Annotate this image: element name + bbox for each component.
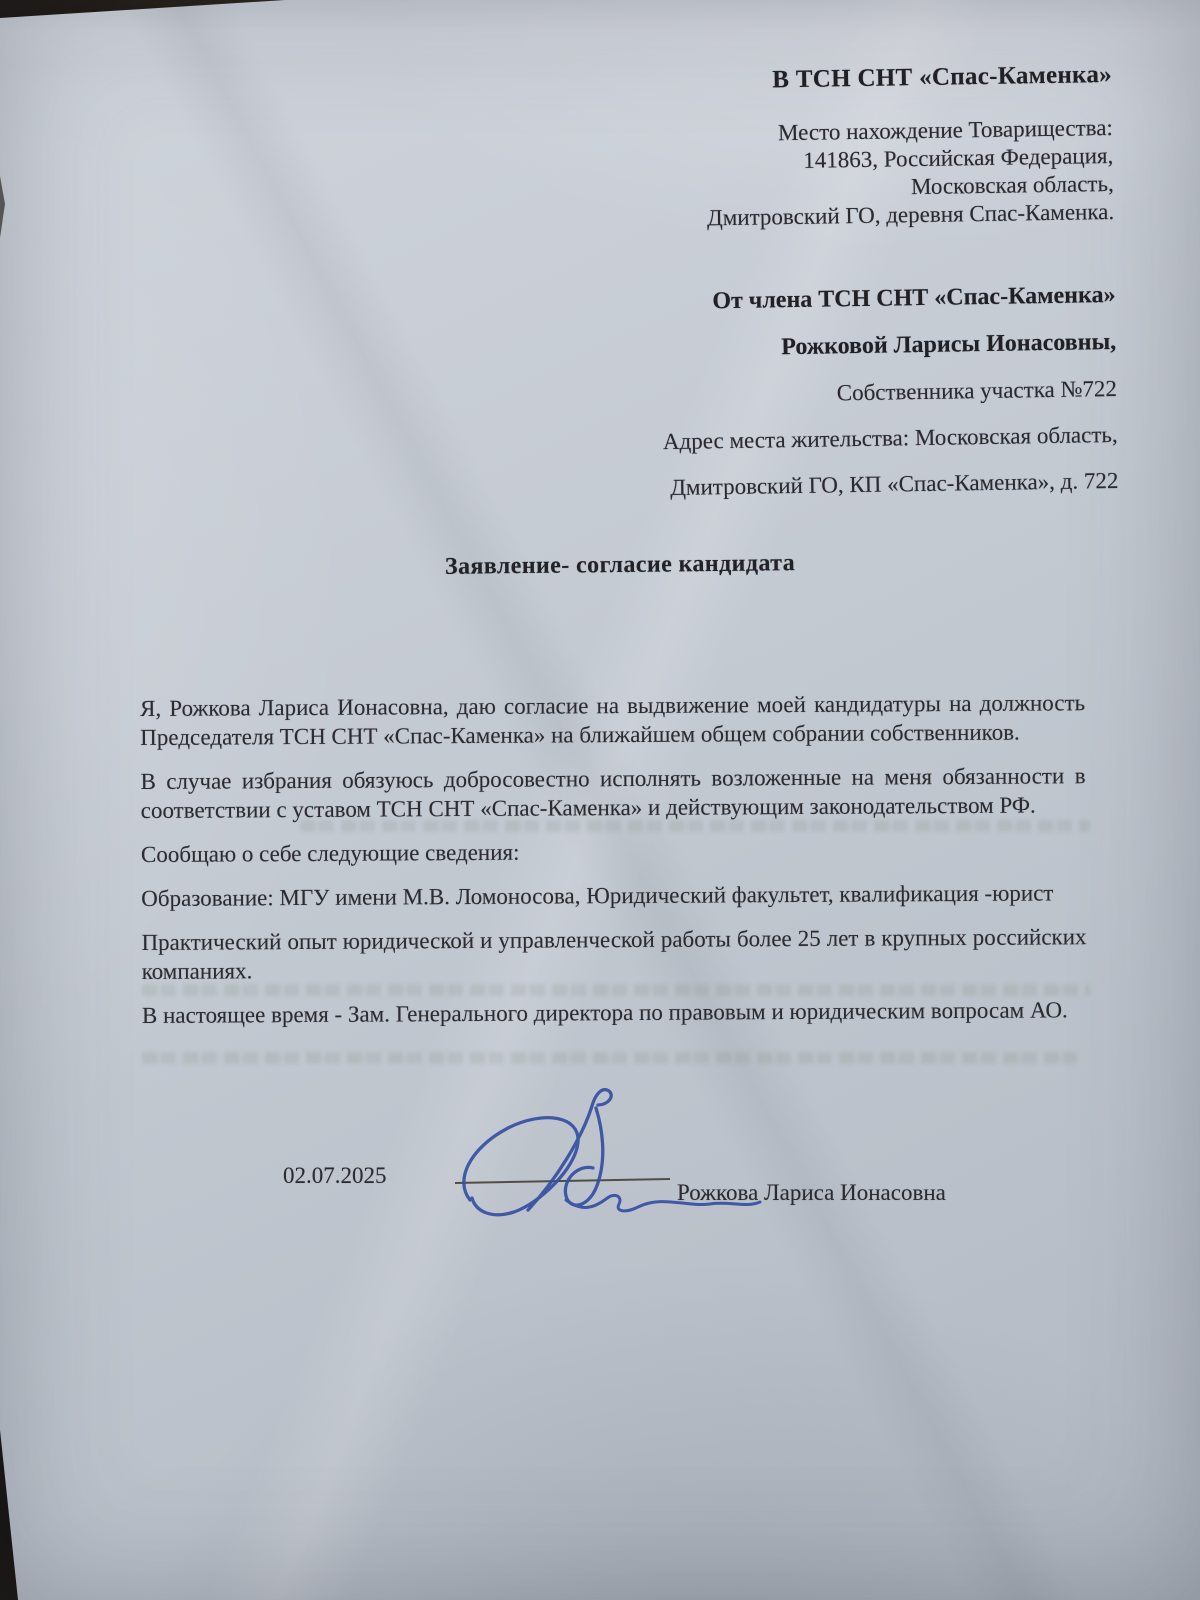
recipient-block: В ТСН СНТ «Спас-Каменка» Место нахождени…	[657, 60, 1119, 511]
sender-address-line: Дмитровский ГО, КП «Спас-Каменка», д. 72…	[664, 458, 1119, 511]
body-paragraph-education: Образование: МГУ имени М.В. Ломоносова, …	[141, 878, 1086, 913]
signature-ascender-hook	[528, 1090, 611, 1210]
sender-plot-line: Собственника участка №722	[662, 366, 1117, 419]
signature-ink	[430, 1080, 870, 1230]
sender-name-line: Рожковой Ларисы Ионасовны,	[661, 319, 1116, 373]
body-paragraph-obligation: В случае избрания обязуюсь добросовестно…	[140, 761, 1085, 825]
sender-address-line: Адрес места жительства: Московская облас…	[663, 412, 1118, 465]
body-paragraph-experience: Практический опыт юридической и управлен…	[141, 922, 1086, 986]
sender-member-line: От члена ТСН СНТ «Спас-Каменка»	[661, 272, 1116, 326]
header-spacer	[660, 226, 1115, 279]
signature-date: 02.07.2025	[283, 1163, 387, 1189]
photo-of-document: В ТСН СНТ «Спас-Каменка» Место нахождени…	[0, 0, 1200, 1600]
document-body: Я, Рожкова Лариса Ионасовна, даю согласи…	[140, 688, 1087, 1045]
recipient-org-line: В ТСН СНТ «Спас-Каменка»	[657, 60, 1112, 97]
body-paragraph-about-intro: Сообщаю о себе следующие сведения:	[141, 834, 1086, 869]
signatory-name: Рожкова Лариса Ионасовна	[677, 1180, 946, 1206]
body-paragraph-current-position: В настоящее время - Зам. Генерального ди…	[142, 995, 1087, 1030]
signature-underscore-line	[455, 1179, 670, 1183]
body-paragraph-consent: Я, Рожкова Лариса Ионасовна, даю согласи…	[140, 688, 1085, 752]
